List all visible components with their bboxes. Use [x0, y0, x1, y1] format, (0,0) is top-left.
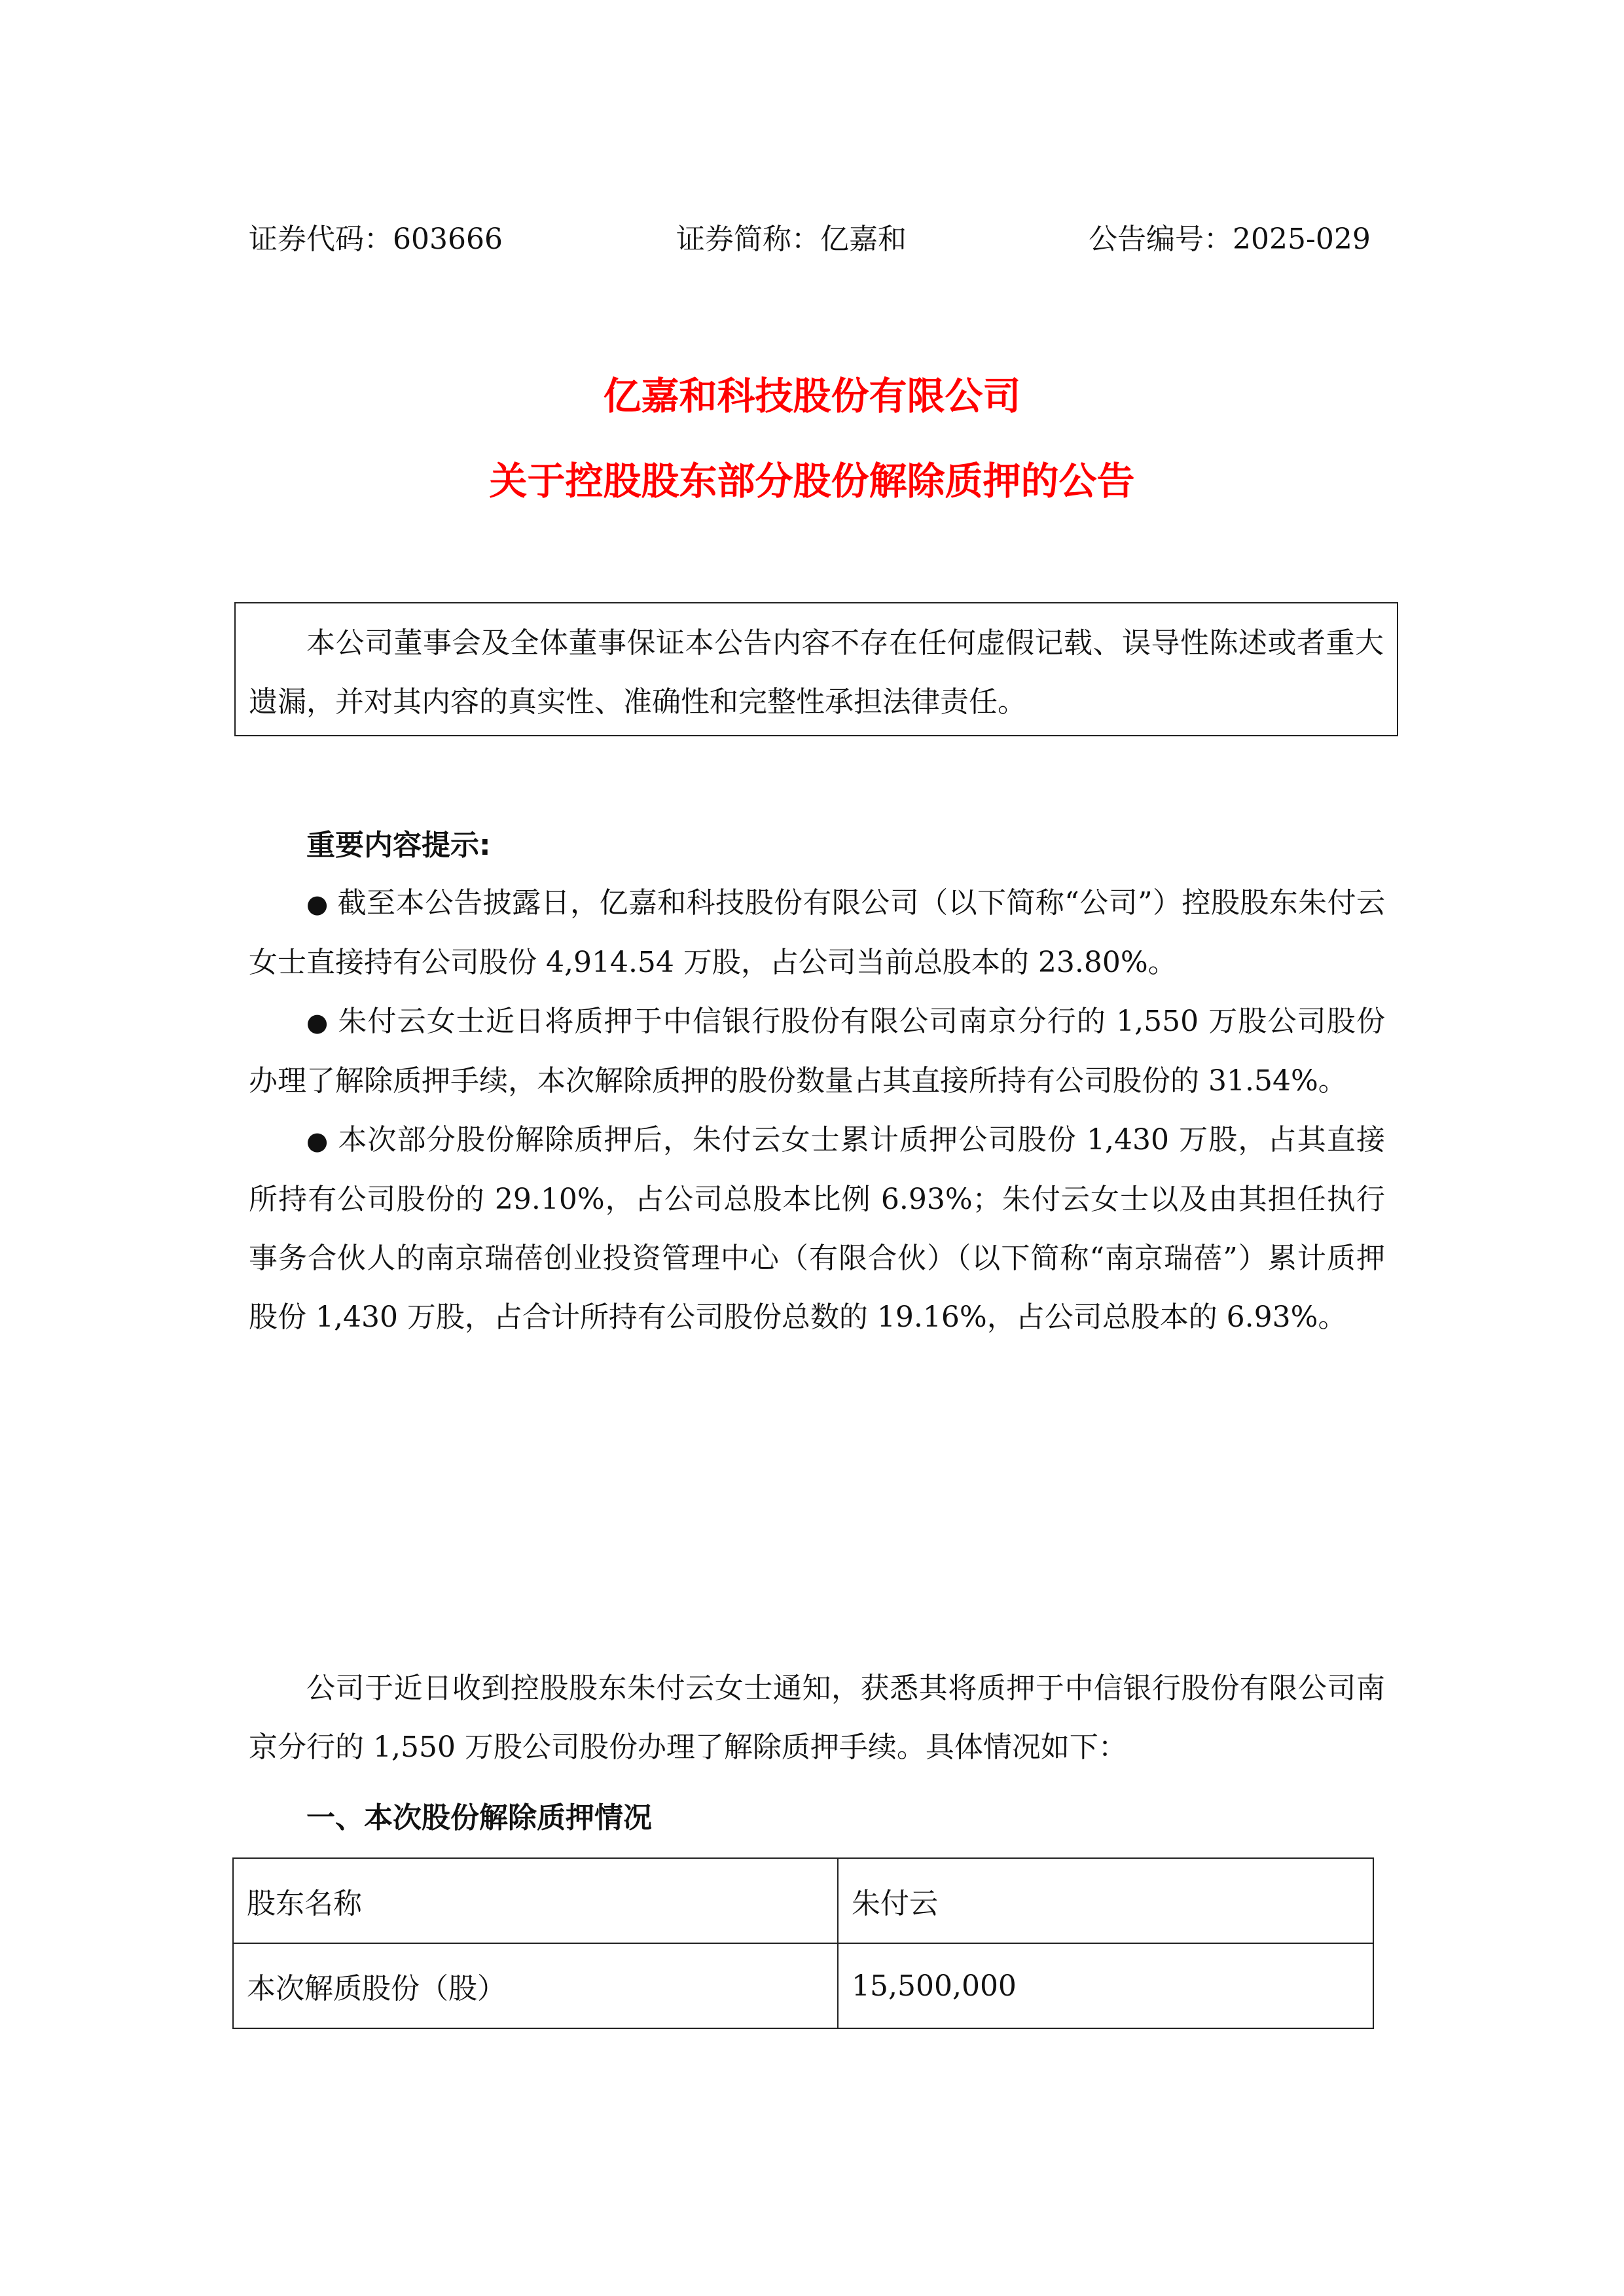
table-cell-value: 15,500,000	[838, 1943, 1373, 2028]
bullet-icon: ●	[306, 889, 329, 918]
highlight-item-1: ●截至本公告披露日，亿嘉和科技股份有限公司（以下简称“公司”）控股股东朱付云女士…	[249, 874, 1385, 992]
highlight-item-2: ●朱付云女士近日将质押于中信银行股份有限公司南京分行的 1,550 万股公司股份…	[249, 992, 1385, 1111]
pledge-release-table: 股东名称 朱付云 本次解质股份（股） 15,500,000	[232, 1857, 1374, 2029]
table-cell-label: 股东名称	[233, 1858, 838, 1943]
table-cell-label: 本次解质股份（股）	[233, 1943, 838, 2028]
table-row: 股东名称 朱付云	[233, 1858, 1373, 1943]
highlight-item-3: ●本次部分股份解除质押后，朱付云女士累计质押公司股份 1,430 万股，占其直接…	[249, 1111, 1385, 1347]
announcement-number: 公告编号：2025-029	[1089, 220, 1371, 259]
bullet-icon: ●	[306, 1008, 329, 1037]
board-statement-text: 本公司董事会及全体董事保证本公告内容不存在任何虚假记载、误导性陈述或者重大遗漏，…	[249, 614, 1384, 732]
table-cell-value: 朱付云	[838, 1858, 1373, 1943]
document-header: 证券代码：603666 证券简称：亿嘉和 公告编号：2025-029	[249, 220, 1388, 259]
highlights-list: ●截至本公告披露日，亿嘉和科技股份有限公司（以下简称“公司”）控股股东朱付云女士…	[249, 874, 1385, 1347]
security-code: 证券代码：603666	[249, 220, 503, 259]
section1-heading: 一、本次股份解除质押情况	[306, 1799, 652, 1838]
security-abbreviation: 证券简称：亿嘉和	[676, 220, 907, 259]
bullet-icon: ●	[306, 1126, 329, 1155]
intro-paragraph-block: 公司于近日收到控股股东朱付云女士通知，获悉其将质押于中信银行股份有限公司南京分行…	[249, 1659, 1385, 1777]
board-statement-box: 本公司董事会及全体董事保证本公告内容不存在任何虚假记载、误导性陈述或者重大遗漏，…	[234, 602, 1398, 736]
company-name-title: 亿嘉和科技股份有限公司	[0, 370, 1624, 422]
highlights-heading: 重要内容提示:	[306, 826, 491, 865]
intro-paragraph: 公司于近日收到控股股东朱付云女士通知，获悉其将质押于中信银行股份有限公司南京分行…	[249, 1659, 1385, 1777]
table-row: 本次解质股份（股） 15,500,000	[233, 1943, 1373, 2028]
announcement-title: 关于控股股东部分股份解除质押的公告	[0, 455, 1624, 507]
